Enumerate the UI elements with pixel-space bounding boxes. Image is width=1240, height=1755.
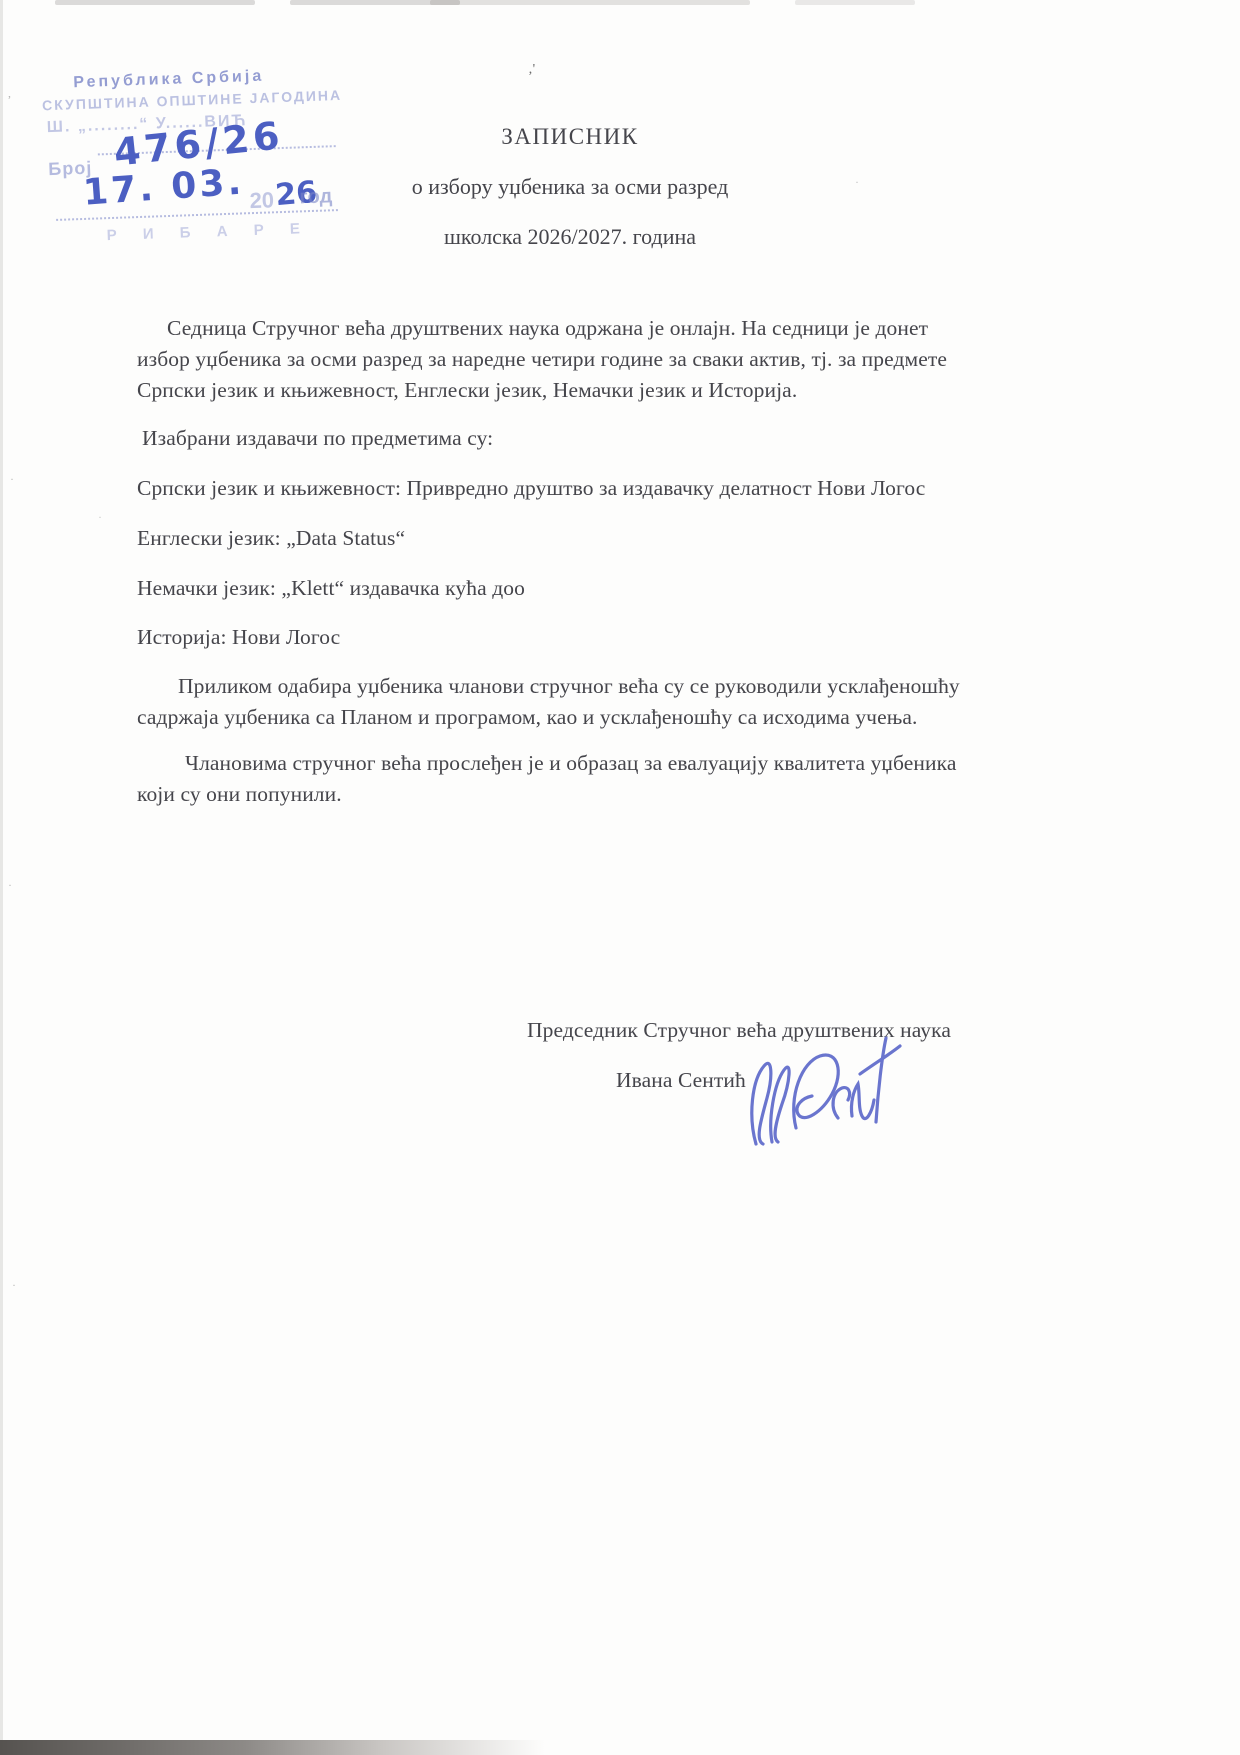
scan-speck: · [8,878,12,893]
scan-streak [795,0,915,5]
body-line: Члановима стручног већа прослеђен је и о… [185,751,957,776]
scan-speck: , [8,86,11,101]
scan-speck: · [12,1278,16,1293]
body-line: Српски језик и књижевност: Привредно дру… [137,476,925,501]
scan-speck: · [10,472,14,487]
signature-name: Ивана Сентић [616,1068,746,1093]
body-line: Изабрани издавачи по предметима су: [142,426,493,451]
body-line: Немачки језик: „Klett“ издавачка кућа до… [137,576,525,601]
scan-speck: ‚' [528,62,535,78]
body-line: Енглески језик: „Data Status“ [137,526,405,551]
body-line: избор уџбеника за осми разред за наредне… [137,347,947,372]
scan-streak [55,0,255,5]
body-line: Приликом одабира уџбеника чланови стручн… [178,674,960,699]
document-subtitle-1: о избору уџбеника за осми разред [0,174,1140,200]
body-line: садржаја уџбеника са Планом и програмом,… [137,705,918,730]
document-title: ЗАПИСНИК [0,124,1140,150]
scan-edge-shadow [0,0,3,1755]
handwritten-signature [742,1032,902,1152]
stamp-country-line: Република Србија [73,68,264,93]
scanned-document-page: ‚' , · · · · · Република Србија СКУПШТИН… [0,0,1240,1755]
scan-speck: · [98,510,102,525]
body-line: Српски језик и књижевност, Енглески јези… [137,378,797,403]
body-line: Историја: Нови Логос [137,625,340,650]
document-subtitle-2: школска 2026/2027. година [0,224,1140,250]
body-line: Седница Стручног већа друштвених наука о… [167,316,928,341]
scan-streak [430,0,750,5]
scan-bottom-strip [0,1740,545,1755]
body-line: који су они попунили. [137,782,342,807]
